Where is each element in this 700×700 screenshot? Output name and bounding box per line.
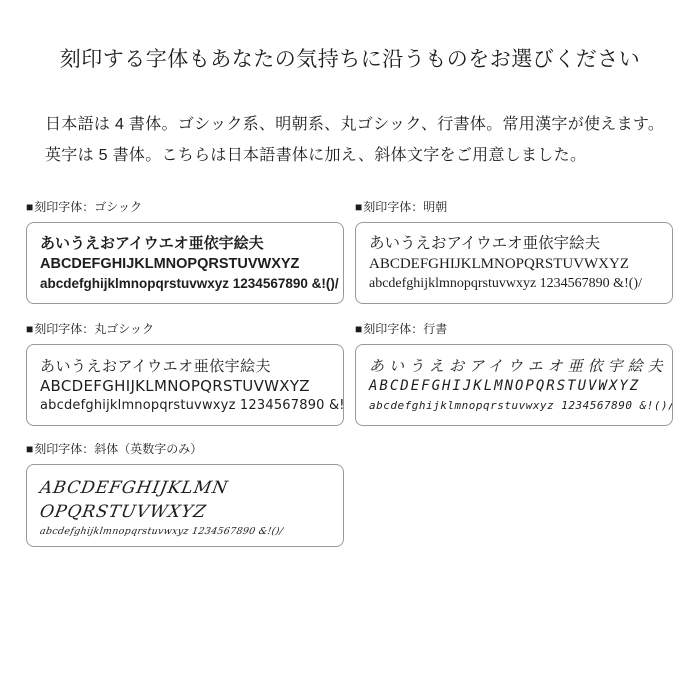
sample-line-lowercase: abcdefghijklmnopqrstuvwxyz 1234567890 &!… — [369, 274, 666, 294]
page-title: 刻印する字体もあなたの気持ちに沿うものをお選びください — [0, 44, 700, 74]
sample-line-japanese: あいうえおアイウエオ亜依宇絵夫 — [369, 234, 666, 254]
square-bullet-icon: ■ — [26, 200, 33, 214]
font-sample-label-italic: ■刻印字体：斜体（英数字のみ） — [26, 442, 344, 457]
engraving-font-page: 刻印する字体もあなたの気持ちに沿うものをお選びください 日本語は 4 書体。ゴシ… — [0, 0, 700, 700]
description-line-1: 日本語は 4 書体。ゴシック系、明朝系、丸ゴシック、行書体。常用漢字が使えます。 — [45, 116, 664, 133]
sample-line-uppercase: ABCDEFGHIJKLMNOPQRSTUVWXYZ — [369, 254, 666, 274]
font-sample-box-mincho: あいうえおアイウエオ亜依宇絵夫 ABCDEFGHIJKLMNOPQRSTUVWX… — [355, 222, 673, 304]
sample-line-japanese: あいうえおアイウエオ亜依宇絵夫 — [40, 234, 337, 254]
font-sample-card-mincho: ■刻印字体：明朝 あいうえおアイウエオ亜依宇絵夫 ABCDEFGHIJKLMNO… — [355, 200, 673, 304]
font-sample-label-text: 刻印字体：行書 — [363, 322, 447, 336]
font-sample-label-gothic: ■刻印字体：ゴシック — [26, 200, 344, 215]
square-bullet-icon: ■ — [355, 322, 362, 336]
description: 日本語は 4 書体。ゴシック系、明朝系、丸ゴシック、行書体。常用漢字が使えます。… — [45, 109, 664, 171]
square-bullet-icon: ■ — [26, 442, 33, 456]
font-sample-card-gyosho: ■刻印字体：行書 あいうえおアイウエオ亜依宇絵夫 ABCDEFGHIJKLMNO… — [355, 322, 673, 426]
sample-line-lowercase: abcdefghijklmnopqrstuvwxyz 1234567890 &!… — [40, 274, 337, 294]
sample-line-uppercase-1: ABCDEFGHIJKLMN — [38, 476, 339, 500]
font-sample-box-gyosho: あいうえおアイウエオ亜依宇絵夫 ABCDEFGHIJKLMNOPQRSTUVWX… — [355, 344, 673, 426]
description-line-2: 英字は 5 書体。こちらは日本語書体に加え、斜体文字をご用意しました。 — [45, 147, 586, 164]
font-sample-label-text: 刻印字体：丸ゴシック — [34, 322, 154, 336]
font-sample-label-text: 刻印字体：明朝 — [363, 200, 447, 214]
sample-line-lowercase: abcdefghijklmnopqrstuvwxyz 1234567890 &!… — [39, 524, 339, 539]
font-sample-label-text: 刻印字体：ゴシック — [34, 200, 142, 214]
sample-line-uppercase: ABCDEFGHIJKLMNOPQRSTUVWXYZ — [369, 376, 666, 396]
square-bullet-icon: ■ — [355, 200, 362, 214]
font-sample-label-gyosho: ■刻印字体：行書 — [355, 322, 673, 337]
sample-line-japanese: あいうえおアイウエオ亜依宇絵夫 — [369, 356, 666, 376]
font-sample-label-mincho: ■刻印字体：明朝 — [355, 200, 673, 215]
sample-line-japanese: あいうえおアイウエオ亜依宇絵夫 — [40, 356, 337, 376]
sample-line-lowercase: abcdefghijklmnopqrstuvwxyz 1234567890 &!… — [40, 396, 337, 416]
font-sample-box-italic: ABCDEFGHIJKLMN OPQRSTUVWXYZ abcdefghijkl… — [26, 464, 344, 547]
sample-line-uppercase: ABCDEFGHIJKLMNOPQRSTUVWXYZ — [40, 254, 337, 274]
square-bullet-icon: ■ — [26, 322, 33, 336]
font-sample-box-marugothic: あいうえおアイウエオ亜依宇絵夫 ABCDEFGHIJKLMNOPQRSTUVWX… — [26, 344, 344, 426]
font-sample-label-marugothic: ■刻印字体：丸ゴシック — [26, 322, 344, 337]
font-sample-card-marugothic: ■刻印字体：丸ゴシック あいうえおアイウエオ亜依宇絵夫 ABCDEFGHIJKL… — [26, 322, 344, 426]
font-sample-card-gothic: ■刻印字体：ゴシック あいうえおアイウエオ亜依宇絵夫 ABCDEFGHIJKLM… — [26, 200, 344, 304]
font-sample-card-italic: ■刻印字体：斜体（英数字のみ） ABCDEFGHIJKLMN OPQRSTUVW… — [26, 442, 344, 547]
sample-line-uppercase-2: OPQRSTUVWXYZ — [38, 500, 339, 524]
font-sample-box-gothic: あいうえおアイウエオ亜依宇絵夫 ABCDEFGHIJKLMNOPQRSTUVWX… — [26, 222, 344, 304]
sample-line-lowercase: abcdefghijklmnopqrstuvwxyz 1234567890 &!… — [369, 396, 666, 416]
sample-line-uppercase: ABCDEFGHIJKLMNOPQRSTUVWXYZ — [40, 376, 337, 396]
font-sample-label-text: 刻印字体：斜体（英数字のみ） — [34, 442, 202, 456]
